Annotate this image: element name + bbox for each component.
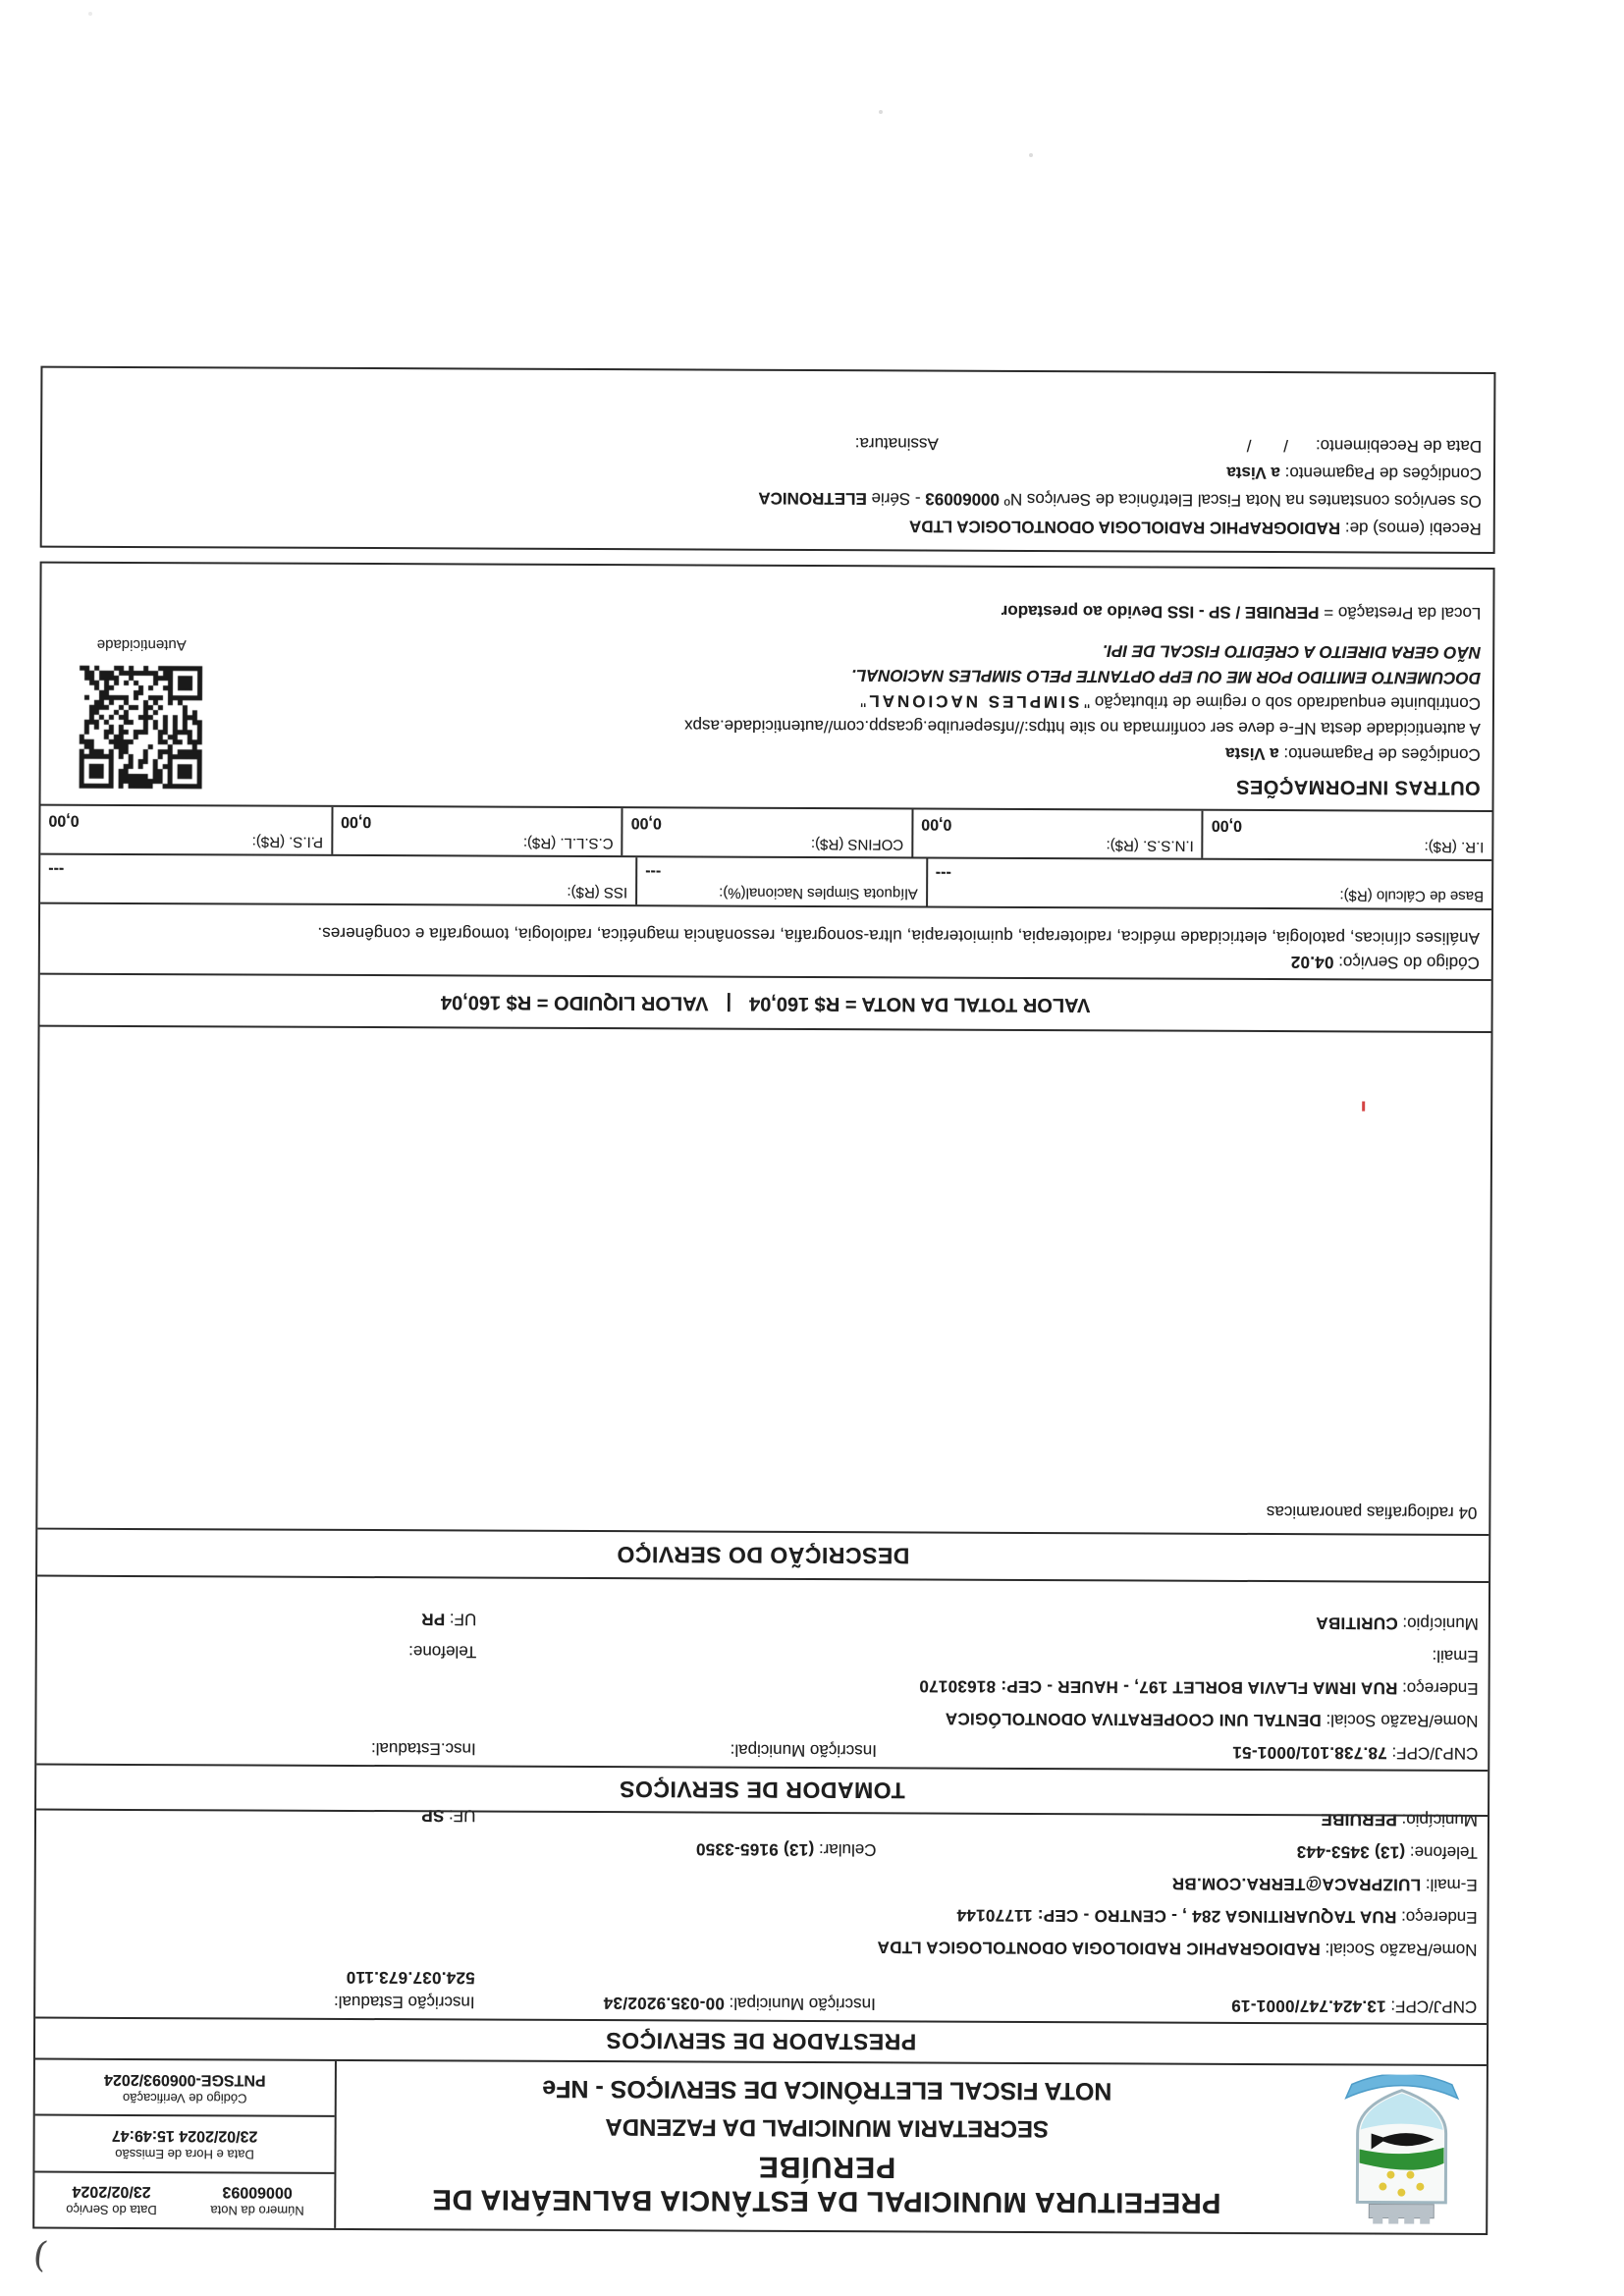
prestador-telefone-label: Telefone:: [1410, 1843, 1478, 1862]
coat-of-arms-icon: [1331, 2074, 1472, 2224]
imposto-ir-cell: I.R. (R$): 0,00: [1202, 811, 1492, 859]
data-emissao-value: 23/02/2024 15:49:47: [112, 2126, 258, 2145]
outras-informacoes-title: OUTRAS INFORMAÇÕES: [230, 769, 1481, 800]
servicos-meio: - Série: [867, 489, 926, 508]
prestador-telefones-row: Telefone: (13) 3453-443 Celular: (13) 91…: [46, 1835, 1478, 1863]
descricao-servico-box: 04 radiografias panoramicas: [37, 1027, 1490, 1534]
tomador-insc-estadual-label: Insc.Estadual:: [371, 1739, 476, 1758]
data-recebimento-slashes: / /: [1233, 431, 1288, 459]
codigo-verificacao-value: PNTSGE-006093/2024: [104, 2070, 266, 2089]
condicoes-pagamento-line: Condições de Pagamento: a Vista: [230, 736, 1481, 767]
data-servico-value: 23/02/2024: [73, 2182, 151, 2200]
tomador-telefone-label: Telefone:: [408, 1642, 476, 1661]
regime-tributacao-line: Contribuinte enquadrado sob o regime de …: [230, 684, 1481, 716]
prestador-insc-estadual-label: Inscrição Estadual:: [334, 1993, 475, 2012]
imposto-label: I.R. (R$):: [1212, 838, 1485, 855]
prestador-endereco-value: RUA TAQUARITINGA 284 , - CENTRO - CEP: 1…: [956, 1904, 1396, 1928]
prestador-insc-municipal-value: 00-035.9202/34: [603, 1994, 724, 2013]
codigo-verificacao-label: Código de Verificação: [123, 2091, 247, 2106]
municipal-coat-of-arms-logo: [1317, 2065, 1487, 2233]
imposto-label: COFINS (R$):: [631, 835, 904, 852]
qr-authentication-area: Autenticidade: [53, 574, 231, 795]
tomador-contato-row: Email: Telefone:: [47, 1639, 1479, 1667]
servicos-prefix: Os serviços constantes na Nota Fiscal El…: [1000, 490, 1482, 511]
regime-destaque: SIMPLES NACIONAL: [866, 691, 1079, 711]
imposto-csll-cell: C.S.L.L. (R$): 0,00: [331, 807, 622, 855]
imposto-base-calculo-cell: Base de Cálculo (R$): ---: [926, 859, 1492, 909]
aviso-simples-nacional: DOCUMENTO EMITIDO POR ME OU EPP OPTANTE …: [230, 659, 1481, 690]
outras-informacoes-section: OUTRAS INFORMAÇÕES Condições de Pagament…: [41, 564, 1493, 812]
header-titles: PREFEITURA MUNICIPAL DA ESTÂNCIA BALNEÁR…: [336, 2061, 1318, 2232]
imposto-value: 0,00: [1212, 816, 1485, 835]
numero-nota: Número da Nota 00060093: [185, 2183, 331, 2219]
prestador-nome-label: Nome/Razão Social:: [1325, 1938, 1477, 1960]
tomador-municipio-value: CURITIBA: [1316, 1613, 1398, 1632]
invoice-document: PREFEITURA MUNICIPAL DA ESTÂNCIA BALNEÁR…: [32, 366, 1495, 2235]
numero-nota-label: Número da Nota: [210, 2204, 303, 2218]
recibo-box: Recebi (emos) de: RADIOGRAPHIC RADIOLOGI…: [40, 366, 1496, 554]
codigo-servico-descricao: Análises clínicas, patologia, eletricida…: [52, 922, 1480, 948]
codigo-servico-value: 04.02: [1290, 953, 1333, 971]
data-servico: Data do Serviço 23/02/2024: [38, 2182, 185, 2218]
local-prestacao-line: Local da Prestação = PERUIBE / SP - ISS …: [230, 594, 1481, 626]
local-prestacao-label: Local da Prestação =: [1319, 603, 1481, 623]
local-prestacao-value: PERUIBE / SP - ISS Devido ao prestador: [1001, 602, 1320, 622]
imposto-value: ---: [936, 864, 1484, 884]
tomador-endereco-value: RUA IRMA FLAVIA BORLET 197, - HAUER - CE…: [919, 1674, 1397, 1698]
imposto-value: 0,00: [631, 813, 904, 832]
tomador-section: CNPJ/CPF: 78.738.101/0001-51 Inscrição M…: [36, 1577, 1489, 1770]
data-emissao-label: Data e Hora de Emissão: [115, 2147, 254, 2162]
tomador-email-label: Email:: [1432, 1647, 1478, 1666]
prestador-endereco-label: Endereço:: [1401, 1906, 1478, 1928]
autenticidade-info-line: A autenticidade desta NF-e deve ser conf…: [230, 710, 1481, 741]
valor-total-band: VALOR TOTAL DA NOTA = R$ 160,04 | VALOR …: [40, 973, 1491, 1033]
imposto-label: C.S.L.L. (R$):: [341, 834, 614, 851]
prestador-nome-row: Nome/Razão Social: RADIOGRAPHIC RADIOLOG…: [45, 1933, 1477, 1960]
prestador-celular-value: (13) 9165-3350: [696, 1839, 815, 1859]
qr-code-icon: [77, 663, 207, 793]
servicos-numero: 00060093: [925, 489, 1000, 508]
imposto-cofins-cell: COFINS (R$): 0,00: [622, 808, 912, 856]
tomador-nome-label: Nome/Razão Social:: [1326, 1709, 1478, 1731]
recebi-value: RADIOGRAPHIC RADIOLOGIA ODONTOLOGICA LTD…: [909, 517, 1340, 537]
descricao-servico-texto: 04 radiografias panoramicas: [1267, 1503, 1478, 1522]
impostos-row-2: I.R. (R$): 0,00 I.N.S.S. (R$): 0,00 COFI…: [40, 806, 1491, 861]
prefeitura-title-line1: PREFEITURA MUNICIPAL DA ESTÂNCIA BALNEÁR…: [432, 2183, 1221, 2220]
prestador-celular-label: Celular:: [819, 1840, 877, 1859]
imposto-label: Base de Cálculo (R$):: [936, 886, 1484, 904]
regime-prefix: Contribuinte enquadrado sob o regime de …: [1079, 692, 1481, 713]
prestador-ids-row: CNPJ/CPF: 13.424.747/0001-19 Inscrição M…: [45, 1965, 1477, 2017]
data-servico-label: Data do Serviço: [66, 2203, 157, 2217]
valor-liquido: VALOR LIQUIDO = R$ 160,04: [441, 990, 709, 1013]
prestador-endereco-row: Endereço: RUA TAQUARITINGA 284 , - CENTR…: [46, 1900, 1478, 1928]
prestador-nome-value: RADIOGRAPHIC RADIOLOGIA ODONTOLOGICA LTD…: [877, 1936, 1321, 1959]
recibo-condicoes-value: a Vista: [1226, 464, 1280, 482]
codigo-servico-label: Código do Serviço:: [1338, 953, 1480, 972]
imposto-label: I.N.S.S. (R$):: [921, 836, 1194, 853]
prestador-telefone-value: (13) 3453-443: [1296, 1842, 1405, 1861]
imposto-iss-cell: ISS (R$): ---: [40, 855, 635, 905]
assinatura-label: Assinatura:: [855, 429, 939, 457]
imposto-aliquota-cell: Alíquota Simples Nacional(%): ---: [635, 857, 926, 905]
tomador-ids-row: CNPJ/CPF: 78.738.101/0001-51 Inscrição M…: [46, 1736, 1478, 1764]
tomador-nome-value: DENTAL UNI COOPERATIVA ODONTOLÓGICA: [945, 1708, 1321, 1731]
scan-artifact-red-mark: [1362, 1101, 1365, 1111]
aviso-credito-ipi: NÃO GERA DIREITO A CRÉDITO FISCAL DE IPI…: [230, 633, 1481, 665]
imposto-value: ---: [645, 862, 918, 881]
valor-separator: |: [726, 992, 731, 1014]
condicoes-label: Condições de Pagamento:: [1283, 744, 1480, 764]
condicoes-value: a Vista: [1225, 744, 1279, 763]
prestador-section: CNPJ/CPF: 13.424.747/0001-19 Inscrição M…: [35, 1811, 1488, 2023]
recibo-condicoes-label: Condições de Pagamento:: [1285, 464, 1482, 483]
qr-caption: Autenticidade: [97, 636, 187, 653]
invoice-header: PREFEITURA MUNICIPAL DA ESTÂNCIA BALNEÁR…: [34, 2060, 1487, 2233]
tomador-municipio-row: Município: CURITIBA UF: PR: [47, 1607, 1479, 1634]
tomador-endereco-row: Endereço: RUA IRMA FLAVIA BORLET 197, - …: [47, 1671, 1479, 1699]
prestador-email-row: E-mail: LUIZPRACA@TERRA.COM.BR: [46, 1868, 1478, 1895]
imposto-value: 0,00: [48, 811, 323, 830]
codigo-servico-box: Código do Serviço: 04.02 Análises clínic…: [40, 904, 1491, 979]
data-emissao-cell: Data e Hora de Emissão 23/02/2024 15:49:…: [34, 2114, 334, 2172]
scanned-invoice-page: PREFEITURA MUNICIPAL DA ESTÂNCIA BALNEÁR…: [0, 0, 1624, 2296]
tomador-municipio-label: Município:: [1402, 1614, 1479, 1633]
imposto-value: 0,00: [341, 812, 614, 831]
rotated-scan-layer: PREFEITURA MUNICIPAL DA ESTÂNCIA BALNEÁR…: [0, 0, 1624, 2296]
tomador-endereco-label: Endereço:: [1402, 1677, 1479, 1699]
imposto-label: Alíquota Simples Nacional(%):: [645, 884, 918, 902]
servicos-serie: ELETRONICA: [758, 489, 867, 508]
outras-informacoes-texto: OUTRAS INFORMAÇÕES Condições de Pagament…: [230, 574, 1482, 800]
tomador-uf-value: PR: [421, 1610, 445, 1628]
imposto-inss-cell: I.N.S.S. (R$): 0,00: [911, 809, 1202, 857]
header-info-column: Número da Nota 00060093 Data do Serviço …: [34, 2060, 337, 2228]
tomador-insc-municipal-label: Inscrição Municipal:: [731, 1741, 877, 1761]
codigo-verificacao-cell: Código de Verificação PNTSGE-006093/2024: [35, 2060, 335, 2116]
tomador-uf-label: UF:: [450, 1610, 476, 1628]
prestador-insc-estadual-value: 524.037.673.110: [45, 1965, 474, 1989]
document-type-title: NOTA FISCAL ELETRÔNICA DE SERVIÇOS - NFe: [542, 2074, 1111, 2105]
nota-numero-data-cell: Número da Nota 00060093 Data do Serviço …: [34, 2170, 334, 2228]
prestador-email-value: LUIZPRACA@TERRA.COM.BR: [1171, 1873, 1421, 1895]
numero-nota-value: 00060093: [222, 2183, 292, 2201]
imposto-pis-cell: P.I.S. (R$): 0,00: [40, 806, 331, 854]
tomador-section-title: TOMADOR DE SERVIÇOS: [36, 1764, 1488, 1817]
tomador-cnpj-value: 78.738.101/0001-51: [1232, 1743, 1387, 1763]
data-recebimento-label: Data de Recebimento:: [1316, 431, 1482, 460]
tomador-nome-row: Nome/Razão Social: DENTAL UNI COOPERATIV…: [46, 1704, 1478, 1731]
secretaria-subtitle: SECRETARIA MUNICIPAL DA FAZENDA: [605, 2113, 1049, 2143]
imposto-label: ISS (R$):: [48, 882, 627, 902]
imposto-value: ---: [48, 860, 627, 881]
prestador-cnpj-label: CNPJ/CPF:: [1390, 1997, 1477, 2016]
imposto-label: P.I.S. (R$):: [48, 833, 323, 850]
impostos-row-1: Base de Cálculo (R$): --- Alíquota Simpl…: [40, 855, 1491, 910]
prefeitura-title-line2: PERUÍBE: [758, 2149, 896, 2185]
regime-suffix: ": [860, 691, 866, 710]
valor-total-nota: VALOR TOTAL DA NOTA = R$ 160,04: [749, 992, 1090, 1016]
descricao-section-title: DESCRIÇÃO DO SERVIÇO: [37, 1528, 1489, 1583]
prestador-email-label: E-mail:: [1426, 1874, 1478, 1895]
prestador-section-title: PRESTADOR DE SERVIÇOS: [35, 2017, 1487, 2066]
recebi-label: Recebi (emos) de:: [1345, 519, 1482, 538]
prestador-insc-municipal-label: Inscrição Municipal:: [730, 1995, 876, 2014]
imposto-value: 0,00: [921, 814, 1194, 833]
invoice-main-box: PREFEITURA MUNICIPAL DA ESTÂNCIA BALNEÁR…: [32, 562, 1494, 2235]
prestador-cnpj-value: 13.424.747/0001-19: [1231, 1996, 1386, 2016]
tomador-cnpj-label: CNPJ/CPF:: [1391, 1744, 1478, 1763]
